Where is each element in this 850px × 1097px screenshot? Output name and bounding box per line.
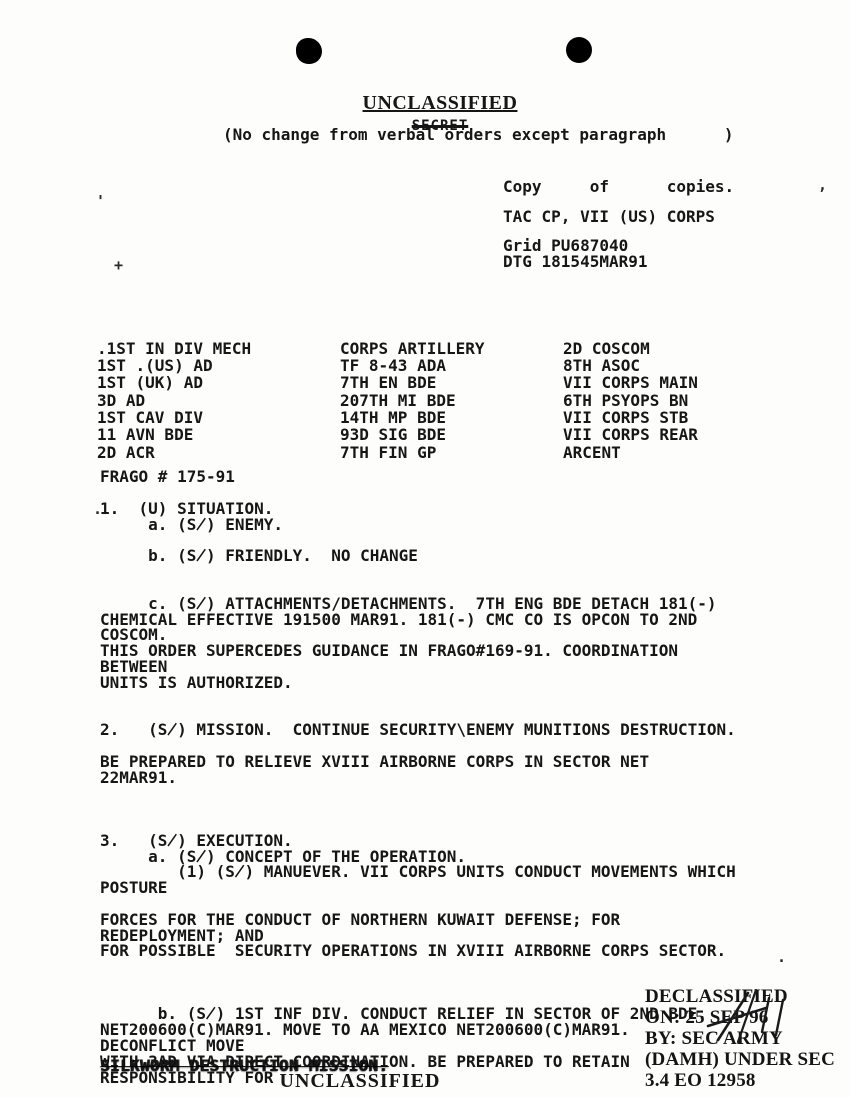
stray-mark-dot: . — [777, 948, 786, 966]
body-line: 2. (S̸) MISSION. CONTINUE SECURITY\ENEMY… — [100, 722, 736, 738]
bottom-classification-label: UNCLASSIFIED — [250, 1070, 470, 1093]
body-line: a. (S̸) ENEMY. — [100, 517, 736, 533]
verbal-orders-note: (No change from verbal orders except par… — [223, 125, 734, 144]
body-line — [100, 975, 736, 991]
hole-punch-dot-right — [566, 37, 592, 63]
body-line: POSTURE — [100, 880, 736, 896]
task-org-unit: 6TH PSYOPS BN — [563, 392, 698, 409]
body-line: 22MAR91. — [100, 770, 736, 786]
task-org-unit: VII CORPS MAIN — [563, 374, 698, 391]
task-org-unit: 2D COSCOM — [563, 340, 698, 357]
stray-mark-dot: . — [430, 1045, 439, 1063]
body-line — [100, 959, 736, 975]
task-org-unit: 207TH MI BDE — [340, 392, 485, 409]
body-line: FOR POSSIBLE SECURITY OPERATIONS IN XVII… — [100, 943, 736, 959]
copy-number-line: Copy of copies. — [503, 177, 734, 196]
command-post-line: TAC CP, VII (US) CORPS — [503, 207, 715, 226]
body-line — [100, 801, 736, 817]
body-line: UNITS IS AUTHORIZED. — [100, 675, 736, 691]
stray-mark-tick: ' — [96, 192, 105, 210]
task-org-unit: CORPS ARTILLERY — [340, 340, 485, 357]
stray-mark-plus: + — [114, 256, 123, 274]
task-org-unit: TF 8-43 ADA — [340, 357, 485, 374]
date-time-group-line: DTG 181545MAR91 — [503, 252, 648, 271]
top-classification-label: UNCLASSIFIED — [300, 92, 580, 115]
hole-punch-dot-left — [296, 38, 322, 64]
body-line: BE PREPARED TO RELIEVE XVIII AIRBORNE CO… — [100, 754, 736, 770]
body-line — [100, 691, 736, 707]
body-line: CHEMICAL EFFECTIVE 191500 MAR91. 181(-) … — [100, 612, 736, 628]
document-page: UNCLASSIFIED SECRET (No change from verb… — [0, 0, 850, 1097]
frago-body-text: FRAGO # 175-911. (U) SITUATION. a. (S̸) … — [100, 422, 736, 1085]
task-org-unit: 3D AD — [97, 392, 251, 409]
task-org-unit: 7TH EN BDE — [340, 374, 485, 391]
task-org-unit: 8TH ASOC — [563, 357, 698, 374]
stray-mark-dot: . — [93, 500, 102, 518]
body-line: (1) (S̸) MANUEVER. VII CORPS UNITS CONDU… — [100, 864, 736, 880]
handwritten-scribble-marks — [700, 978, 820, 1053]
task-org-unit: .1ST IN DIV MECH — [97, 340, 251, 357]
stray-mark-comma: , — [818, 176, 827, 194]
body-line: FRAGO # 175-91 — [100, 469, 736, 485]
body-line — [100, 564, 736, 580]
task-org-unit: 1ST .(US) AD — [97, 357, 251, 374]
stamp-eo-line: 3.4 EO 12958 — [645, 1070, 835, 1091]
task-org-unit: 1ST (UK) AD — [97, 374, 251, 391]
body-line: b. (S̸) FRIENDLY. NO CHANGE — [100, 548, 736, 564]
body-line: THIS ORDER SUPERCEDES GUIDANCE IN FRAGO#… — [100, 643, 736, 659]
body-line — [100, 785, 736, 801]
